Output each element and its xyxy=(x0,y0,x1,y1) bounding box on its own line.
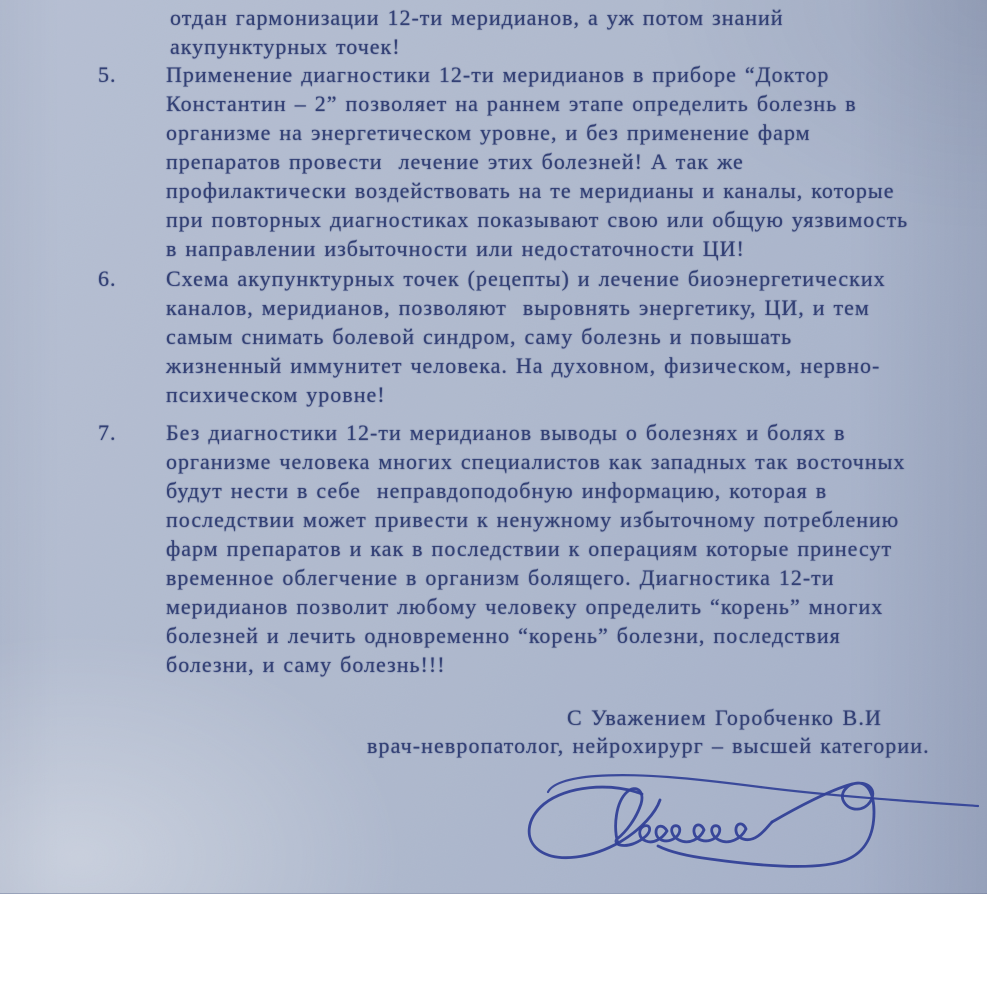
list-item-7: 7. Без диагностики 12-ти меридианов выво… xyxy=(0,418,987,679)
signature-letters-stroke xyxy=(616,789,772,846)
scanned-page: отдан гармонизации 12-ти меридианов, а у… xyxy=(0,0,987,894)
closing-regards: С Уважением Горобченко В.И xyxy=(567,703,882,732)
paragraph-continuation: отдан гармонизации 12-ти меридианов, а у… xyxy=(170,3,970,61)
list-item-5: 5. Применение диагностики 12-ти меридиан… xyxy=(0,60,987,263)
signature-oval-stroke xyxy=(529,787,660,858)
signature-top-stroke xyxy=(548,775,978,806)
item-number: 5. xyxy=(98,60,117,89)
list-item-6: 6. Схема акупунктурных точек (рецепты) и… xyxy=(0,264,987,409)
item-text: Применение диагностики 12-ти меридианов … xyxy=(166,60,971,263)
signature-flourish-stroke xyxy=(658,783,874,866)
item-number: 6. xyxy=(98,264,117,293)
handwritten-signature xyxy=(470,756,987,888)
item-text: Без диагностики 12-ти меридианов выводы … xyxy=(166,418,971,679)
item-number: 7. xyxy=(98,418,117,447)
item-text: Схема акупунктурных точек (рецепты) и ле… xyxy=(166,264,971,409)
